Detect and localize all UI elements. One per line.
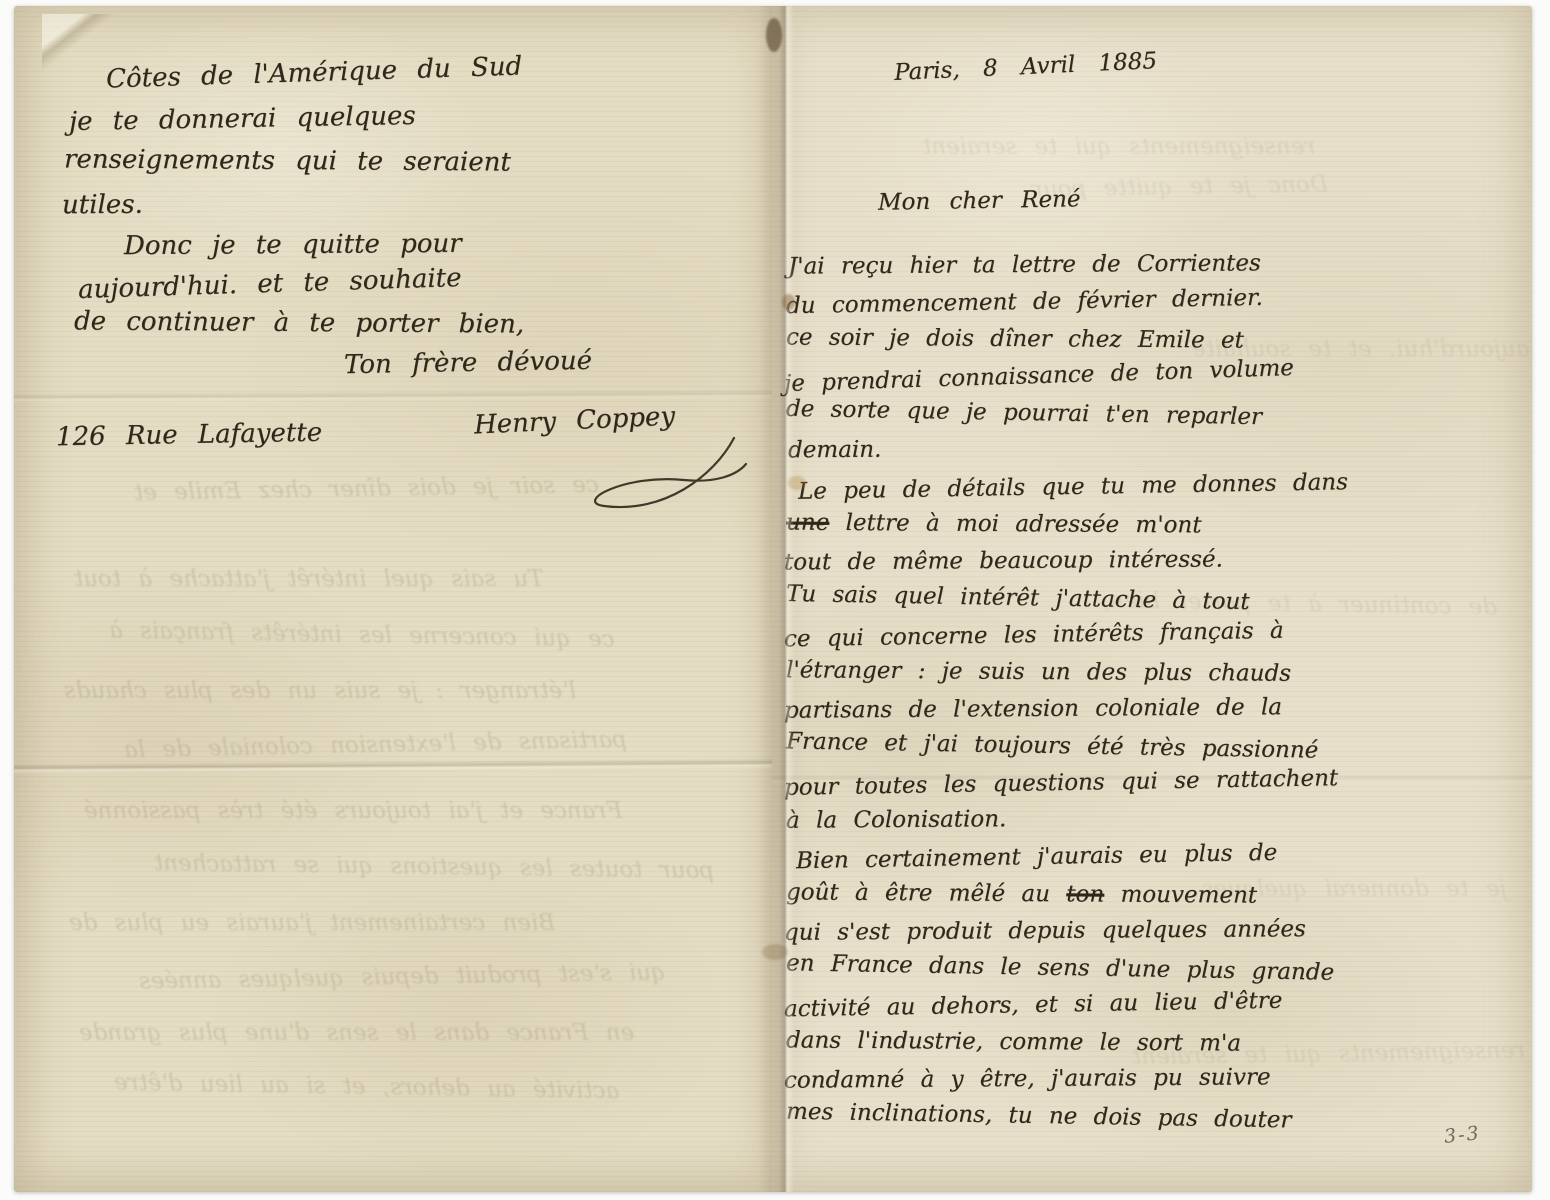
letter-line: Tu sais quel intérêt j'attache à tout bbox=[786, 581, 1250, 615]
letter-line-text: goût à être mêlé au bbox=[786, 879, 1050, 907]
letter-line: renseignements qui te seraient bbox=[64, 144, 511, 177]
ink-bleed-through: partisans de l'extension coloniale de la bbox=[124, 727, 627, 764]
letter-line: goût à être mêlé au ton mouvement bbox=[786, 879, 1257, 908]
ink-bleed-through: renseignements qui te seraient bbox=[922, 134, 1315, 160]
ink-bleed-through: qui s'est produit depuis quelques années bbox=[139, 959, 666, 994]
letter-line: l'étranger : je suis un des plus chauds bbox=[786, 657, 1291, 687]
letter-line: tout de même beaucoup intéressé. bbox=[784, 546, 1223, 575]
salutation: Mon cher René bbox=[878, 186, 1081, 216]
dateline: Paris, 8 Avril 1885 bbox=[894, 48, 1158, 86]
ink-bleed-through: Bien certainement j'aurais eu plus de bbox=[69, 910, 555, 936]
ink-bleed-through: ce qui concerne les intérêts français à bbox=[109, 618, 615, 653]
struck-word: une bbox=[786, 510, 829, 536]
fold-crease-horizontal bbox=[14, 758, 772, 773]
valediction: Ton frère dévoué bbox=[344, 346, 593, 380]
letter-line: demain. bbox=[788, 437, 882, 464]
ink-bleed-through: ce soir je dois dîner chez Emile et bbox=[134, 472, 599, 506]
letter-sheet: ce soir je dois dîner chez Emile et Tu s… bbox=[14, 6, 1532, 1192]
letter-line: activité au dehors, et si au lieu d'être bbox=[784, 988, 1283, 1023]
letter-line: je te donnerai quelques bbox=[69, 101, 416, 137]
letter-line: de sorte que je pourrai t'en reparler bbox=[786, 396, 1262, 430]
letter-line: en France dans le sens d'une plus grande bbox=[786, 950, 1335, 986]
letter-line: pour toutes les questions qui se rattach… bbox=[784, 765, 1339, 801]
ink-bleed-through: activité au dehors, et si au lieu d'être bbox=[114, 1070, 620, 1105]
letter-line-text: mouvement bbox=[1120, 882, 1257, 909]
paper-mottling bbox=[14, 6, 772, 1192]
letter-line: condamné à y être, j'aurais pu suivre bbox=[784, 1064, 1271, 1093]
ink-bleed-through: en France dans le sens d'une plus grande bbox=[79, 1020, 634, 1046]
letter-page-left: ce soir je dois dîner chez Emile et Tu s… bbox=[14, 6, 772, 1192]
letter-line: aujourd'hui. et te souhaite bbox=[78, 263, 462, 305]
page-number-annotation: 3-3 bbox=[1443, 1122, 1482, 1148]
letter-line: France et j'ai toujours été très passion… bbox=[786, 728, 1319, 763]
laid-paper-texture bbox=[14, 6, 772, 1192]
letter-line: J'ai reçu hier ta lettre de Corrientes bbox=[788, 250, 1261, 279]
fold-crease-horizontal bbox=[14, 389, 772, 403]
letter-line: utiles. bbox=[62, 190, 143, 221]
letter-line-text: lettre à moi adressée m'ont bbox=[845, 510, 1201, 538]
letter-line: Le peu de détails que tu me donnes dans bbox=[798, 469, 1348, 505]
letter-line: Bien certainement j'aurais eu plus de bbox=[796, 840, 1278, 874]
letter-line: du commencement de février dernier. bbox=[786, 285, 1263, 319]
letter-line: à la Colonisation. bbox=[786, 806, 1006, 834]
ink-bleed-through: l'étranger : je suis un des plus chauds bbox=[64, 678, 576, 704]
struck-word: ton bbox=[1066, 881, 1104, 907]
ink-bleed-through: pour toutes les questions qui se rattach… bbox=[154, 850, 714, 884]
letter-line: de continuer à te porter bien, bbox=[74, 306, 524, 339]
letter-line: ce soir je dois dîner chez Emile et bbox=[786, 324, 1244, 353]
ink-bleed-through: France et j'ai toujours été très passion… bbox=[84, 798, 622, 824]
letter-line: dans l'industrie, comme le sort m'a bbox=[786, 1027, 1241, 1056]
letter-line: partisans de l'extension coloniale de la bbox=[784, 694, 1282, 723]
signature-flourish bbox=[484, 436, 754, 526]
letter-line: ce qui concerne les intérêts français à bbox=[784, 618, 1284, 653]
ink-bleed-through: Tu sais quel intérêt j'attache à tout bbox=[74, 566, 544, 592]
letter-line: Donc je te quitte pour bbox=[124, 229, 462, 261]
letter-page-right: renseignements qui te seraient Donc je t… bbox=[772, 6, 1532, 1192]
letter-line: je prendrai connaissance de ton volume bbox=[784, 355, 1295, 397]
letter-line: une lettre à moi adressée m'ont bbox=[786, 510, 1202, 539]
sender-address: 126 Rue Lafayette bbox=[56, 418, 323, 453]
signature: Henry Coppey bbox=[473, 401, 675, 440]
letter-line: Côtes de l'Amérique du Sud bbox=[106, 51, 523, 94]
letter-line: mes inclinations, tu ne dois pas douter bbox=[786, 1099, 1292, 1134]
letter-line: qui s'est produit depuis quelques années bbox=[784, 916, 1306, 946]
